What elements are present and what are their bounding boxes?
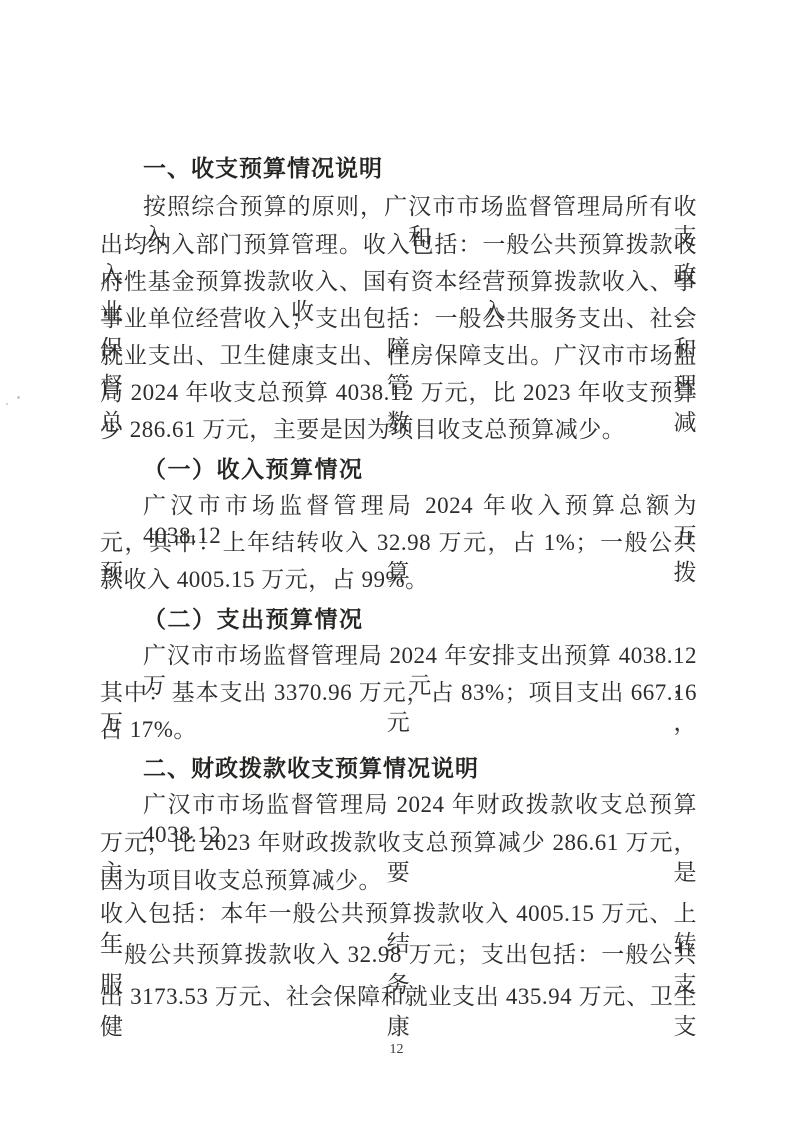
section-heading: （一）收入预算情况 <box>100 455 697 485</box>
page-number: 12 <box>0 1042 793 1058</box>
section-heading: （二）支出预算情况 <box>100 605 697 635</box>
text-line: 款收入 4005.15 万元，占 99%。 <box>100 565 697 595</box>
text-line: 出 3173.53 万元、社会保障和就业支出 435.94 万元、卫生健康支 <box>100 982 697 1042</box>
document-page: 一、收支预算情况说明按照综合预算的原则，广汉市市场监督管理局所有收入和支出均纳入… <box>0 0 793 1122</box>
scan-speck <box>6 403 8 405</box>
section-heading: 一、收支预算情况说明 <box>100 153 697 183</box>
section-heading: 二、财政拨款收支预算情况说明 <box>100 753 697 783</box>
text-line: 少 286.61 万元，主要是因为项目收支总预算减少。 <box>100 415 697 445</box>
document-text-body: 一、收支预算情况说明按照综合预算的原则，广汉市市场监督管理局所有收入和支出均纳入… <box>0 0 793 1122</box>
scan-speck <box>17 396 20 399</box>
text-line: 因为项目收支总预算减少。 <box>100 866 697 896</box>
text-line: 占 17%。 <box>100 715 697 745</box>
